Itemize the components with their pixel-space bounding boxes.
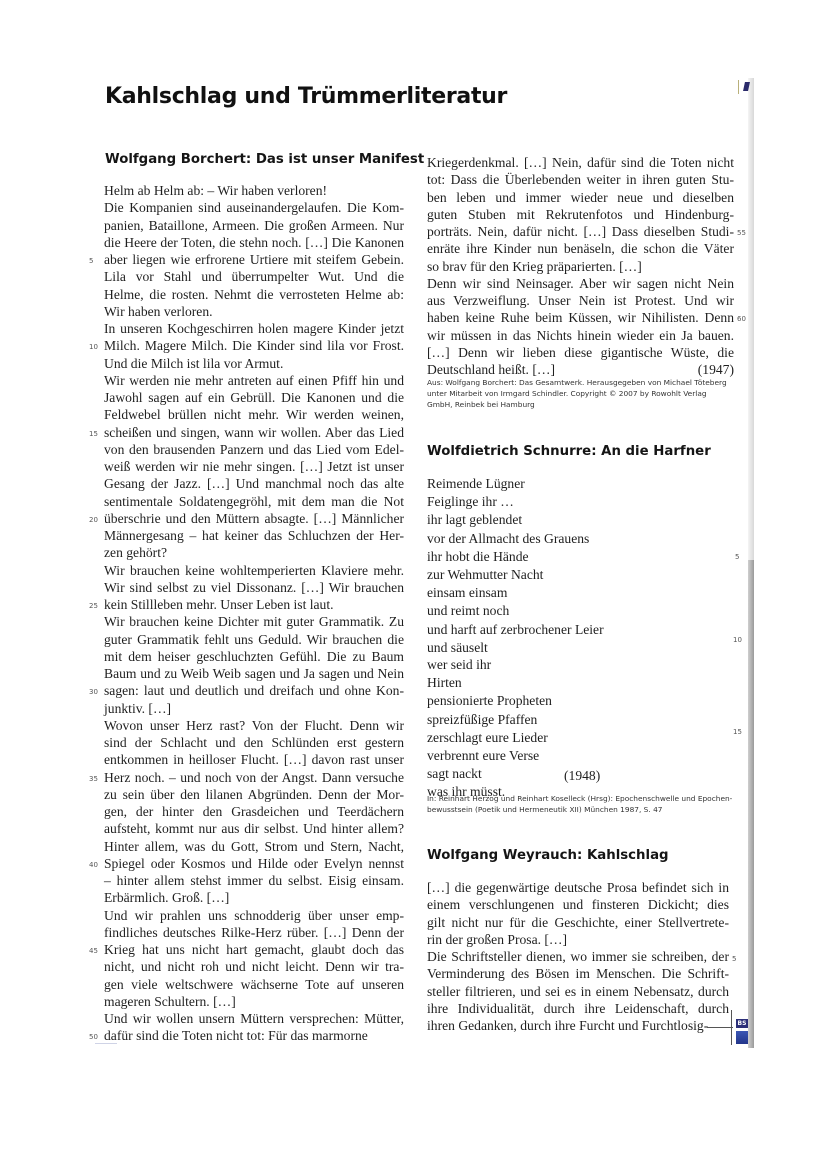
line-number: 5 bbox=[732, 955, 736, 963]
borchert-heading: Wolfgang Borchert: Das ist unser Manifes… bbox=[105, 152, 424, 167]
poem-line: zur Wehmutter Nacht bbox=[427, 566, 604, 584]
schnurre-stanza-2: wer seid ihrHirtenpensionierte Propheten… bbox=[427, 656, 552, 802]
text-line: die Heere der Toten, die stehn noch. […]… bbox=[104, 234, 404, 251]
text-line: nicht, und nicht roh und nicht leicht. D… bbox=[104, 958, 404, 975]
text-line: In unseren Kochgeschirren holen magere K… bbox=[104, 320, 404, 337]
text-line: Jawohl sagen auf ein Gebrüll. Die Kanone… bbox=[104, 389, 404, 406]
text-line: aufsteht, kommt nur aus dir selbst. Und … bbox=[104, 820, 404, 837]
line-number: 30 bbox=[89, 688, 98, 696]
poem-line: pensionierte Propheten bbox=[427, 692, 552, 710]
schnurre-stanza-1: Reimende LügnerFeiglinge ihr …ihr lagt g… bbox=[427, 475, 604, 657]
text-line: so brav für den Krieg präparierten. […] bbox=[427, 258, 734, 275]
poem-line: ihr hobt die Hände bbox=[427, 548, 604, 566]
line-number: 35 bbox=[89, 775, 98, 783]
text-line: […] die gegenwärtige deutsche Prosa befi… bbox=[427, 879, 729, 896]
poem-line: und reimt noch bbox=[427, 602, 604, 620]
text-line: porträts. Nein, dafür nicht. […] Dass di… bbox=[427, 223, 734, 240]
poem-line: Reimende Lügner bbox=[427, 475, 604, 493]
text-line: Spiegel oder Kosmos und Hilde oder Evely… bbox=[104, 855, 404, 872]
text-line: aus Verzweiflung. Unser Nein ist Protest… bbox=[427, 292, 734, 309]
text-line: ben leben und immer wieder neue und dies… bbox=[427, 189, 734, 206]
text-line: Und wir prahlen uns schnodderig über uns… bbox=[104, 907, 404, 924]
page-edge-shadow bbox=[748, 560, 754, 1048]
schnurre-source: In: Reinhart Herzog und Reinhart Koselle… bbox=[427, 793, 747, 815]
bs-color-bar bbox=[736, 1031, 748, 1044]
text-line: zen gehört? bbox=[104, 544, 404, 561]
line-number: 60 bbox=[737, 315, 746, 323]
text-line: junktiv. […] bbox=[104, 700, 404, 717]
text-line: Und wir wollen unsern Müttern verspreche… bbox=[104, 1010, 404, 1027]
text-line: enräte ihre Kinder nun benäseln, die sch… bbox=[427, 240, 734, 257]
text-line: steller filtrieren, und sei es in einem … bbox=[427, 983, 729, 1000]
text-line: Und die Milch ist lila vor Armut. bbox=[104, 355, 404, 372]
text-line: überschrie und den Müttern absagte. […] … bbox=[104, 510, 404, 527]
text-line: Krieg hat uns nicht hart gemacht, glaubt… bbox=[104, 941, 404, 958]
poem-line: Hirten bbox=[427, 674, 552, 692]
crop-mark-horizontal bbox=[707, 1027, 733, 1028]
line-number: 40 bbox=[89, 861, 98, 869]
bs-badge: BS bbox=[736, 1019, 748, 1028]
schnurre-heading: Wolfdietrich Schnurre: An die Harfner bbox=[427, 444, 711, 459]
borchert-year: (1947) bbox=[698, 361, 734, 378]
text-line: guten Stuben mit Rekrutenfotos und Hinde… bbox=[427, 206, 734, 223]
text-line: mageren Schultern. […] bbox=[104, 993, 404, 1010]
text-line: Helme, die rosten. Nehmt die verrosteten… bbox=[104, 286, 404, 303]
text-line: entkommen in heilloser Flucht. […] davon… bbox=[104, 751, 404, 768]
line-number: 10 bbox=[733, 636, 742, 644]
text-line: weiß werden wir nie mehr singen. […] Jet… bbox=[104, 458, 404, 475]
text-line: haben keine Ruhe beim Küssen, wir Nihili… bbox=[427, 309, 734, 326]
source-line: GmbH, Reinbek bei Hamburg bbox=[427, 399, 737, 410]
text-line: aber liegen wie erfrorene Urtiere mit st… bbox=[104, 251, 404, 268]
text-line: Gesang der Jazz. […] Und manchmal noch d… bbox=[104, 475, 404, 492]
text-line: von den brausenden Panzern und das Lied … bbox=[104, 441, 404, 458]
text-line: ihren Gedanken, durch ihre Furcht und Fu… bbox=[427, 1017, 729, 1034]
bottom-mark bbox=[95, 1043, 117, 1044]
text-line: sentimentale Soldatengegröhl, mit dem ma… bbox=[104, 493, 404, 510]
line-number: 10 bbox=[89, 343, 98, 351]
text-line: panien, Bataillone, Armeen. Die großen A… bbox=[104, 217, 404, 234]
text-line: mit dem heiser geschluchzten Gefühl. Die… bbox=[104, 648, 404, 665]
text-line: Hinter allem, was du Gott, Strom und Ste… bbox=[104, 838, 404, 855]
text-line: – hinter allem stehst immer du selbst. E… bbox=[104, 872, 404, 889]
text-line: Wir werden nie mehr antreten auf einen P… bbox=[104, 372, 404, 389]
text-line: Deutschland heißt. […](1947) bbox=[427, 361, 734, 378]
poem-line: und säuselt bbox=[427, 639, 604, 657]
text-line: findliches deutsches Rilke-Herz rüber. [… bbox=[104, 924, 404, 941]
weyrauch-heading: Wolfgang Weyrauch: Kahlschlag bbox=[427, 848, 669, 863]
text-line: sind der Schlacht und den Schlünden erst… bbox=[104, 734, 404, 751]
text-line: Die Kompanien sind auseinandergelaufen. … bbox=[104, 199, 404, 216]
text-line: Wir haben verloren. bbox=[104, 303, 404, 320]
poem-line: spreizfüßige Pfaffen bbox=[427, 711, 552, 729]
weyrauch-text: […] die gegenwärtige deutsche Prosa befi… bbox=[427, 879, 729, 1034]
text-line: Die Schriftsteller dienen, wo immer sie … bbox=[427, 948, 729, 965]
poem-line: vor der Allmacht des Grauens bbox=[427, 530, 604, 548]
text-line: gilt nicht nur für die Geschichte, einer… bbox=[427, 914, 729, 931]
poem-line: ihr lagt geblendet bbox=[427, 511, 604, 529]
text-line: rin der großen Prosa. […] bbox=[427, 931, 729, 948]
line-number: 55 bbox=[737, 229, 746, 237]
text-line: […] Denn wir lieben diese gigantische Wü… bbox=[427, 344, 734, 361]
text-line: wir müssen in das Nichts hinein wieder e… bbox=[427, 327, 734, 344]
text-line: zu sein über den lilanen Abgründen. Denn… bbox=[104, 786, 404, 803]
source-line: bewusstsein (Poetik und Hermeneutik XII)… bbox=[427, 804, 747, 815]
text-line: dafür sind die Toten nicht tot: Für das … bbox=[104, 1027, 404, 1044]
text-line: tot: Dass die Überlebenden weiter in ihr… bbox=[427, 171, 734, 188]
text-line: Wir brauchen keine Dichter mit guter Gra… bbox=[104, 613, 404, 630]
page-title: Kahlschlag und Trümmerliteratur bbox=[105, 84, 507, 109]
text-line: ihre Individualität, durch ihre Leidensc… bbox=[427, 1000, 729, 1017]
borchert-source: Aus: Wolfgang Borchert: Das Gesamtwerk. … bbox=[427, 377, 737, 411]
text-line: Feldwebel brüllen nicht mehr. Wir werden… bbox=[104, 406, 404, 423]
schnurre-year: (1948) bbox=[564, 767, 644, 784]
text-line: Wir brauchen keine wohltemperierten Klav… bbox=[104, 562, 404, 579]
line-number: 5 bbox=[89, 257, 93, 265]
poem-line: Feiglinge ihr … bbox=[427, 493, 604, 511]
text-line: Lila vor Stahl und überrumpelter Wut. Un… bbox=[104, 268, 404, 285]
line-number: 20 bbox=[89, 516, 98, 524]
text-line: einem verschlungenen und finsteren Dicki… bbox=[427, 896, 729, 913]
source-line: unter Mitarbeit von Irmgard Schindler. C… bbox=[427, 388, 737, 399]
text-line: Männergesang – hat keiner das Schluchzen… bbox=[104, 527, 404, 544]
poem-line: einsam einsam bbox=[427, 584, 604, 602]
text-line: gen, der hinter den Grasdeichen und Teer… bbox=[104, 803, 404, 820]
line-number: 15 bbox=[89, 430, 98, 438]
line-number: 25 bbox=[89, 602, 98, 610]
text-line: sagen: laut und deutlich und dreifach un… bbox=[104, 682, 404, 699]
line-number: 50 bbox=[89, 1033, 98, 1041]
poem-line: zerschlagt eure Lieder bbox=[427, 729, 552, 747]
text-line: Helm ab Helm ab: – Wir haben verloren! bbox=[104, 182, 404, 199]
text-line: Denn wir sind Neinsager. Aber wir sagen … bbox=[427, 275, 734, 292]
poem-line: sagt nackt bbox=[427, 765, 552, 783]
text-line: Baum und zu Weib Weib sagen und Ja sagen… bbox=[104, 665, 404, 682]
text-line: scheißen und singen, wann wir wollen. Ab… bbox=[104, 424, 404, 441]
line-number: 45 bbox=[89, 947, 98, 955]
source-line: Aus: Wolfgang Borchert: Das Gesamtwerk. … bbox=[427, 377, 737, 388]
text-line: Herz noch. – und noch von der Angst. Dan… bbox=[104, 769, 404, 786]
text-line: Milch. Magere Milch. Die Kinder sind lil… bbox=[104, 337, 404, 354]
line-number: 5 bbox=[735, 553, 739, 561]
text-line: Wovon unser Herz rast? Von der Flucht. D… bbox=[104, 717, 404, 734]
text-line: guter Grammatik fehlt uns Geduld. Wir br… bbox=[104, 631, 404, 648]
poem-line: und harft auf zerbrochener Leier bbox=[427, 621, 604, 639]
text-line: Erbärmlich. Groß. […] bbox=[104, 889, 404, 906]
borchert-text: Helm ab Helm ab: – Wir haben verloren!Di… bbox=[104, 182, 404, 1045]
text-line: gen viele weltschwere wächserne Tote auf… bbox=[104, 976, 404, 993]
text-line: Verminderung des Bösen im Menschen. Die … bbox=[427, 965, 729, 982]
text-line: Wir sind selbst zu viel Dissonanz. […] W… bbox=[104, 579, 404, 596]
poem-line: wer seid ihr bbox=[427, 656, 552, 674]
source-line: In: Reinhart Herzog und Reinhart Koselle… bbox=[427, 793, 747, 804]
line-number: 15 bbox=[733, 728, 742, 736]
text-line: Kriegerdenkmal. […] Nein, dafür sind die… bbox=[427, 154, 734, 171]
text-line: kein Stillleben mehr. Unser Leben ist la… bbox=[104, 596, 404, 613]
poem-line: verbrennt eure Verse bbox=[427, 747, 552, 765]
corner-mark bbox=[738, 80, 739, 94]
borchert-text-continued: Kriegerdenkmal. […] Nein, dafür sind die… bbox=[427, 154, 734, 378]
